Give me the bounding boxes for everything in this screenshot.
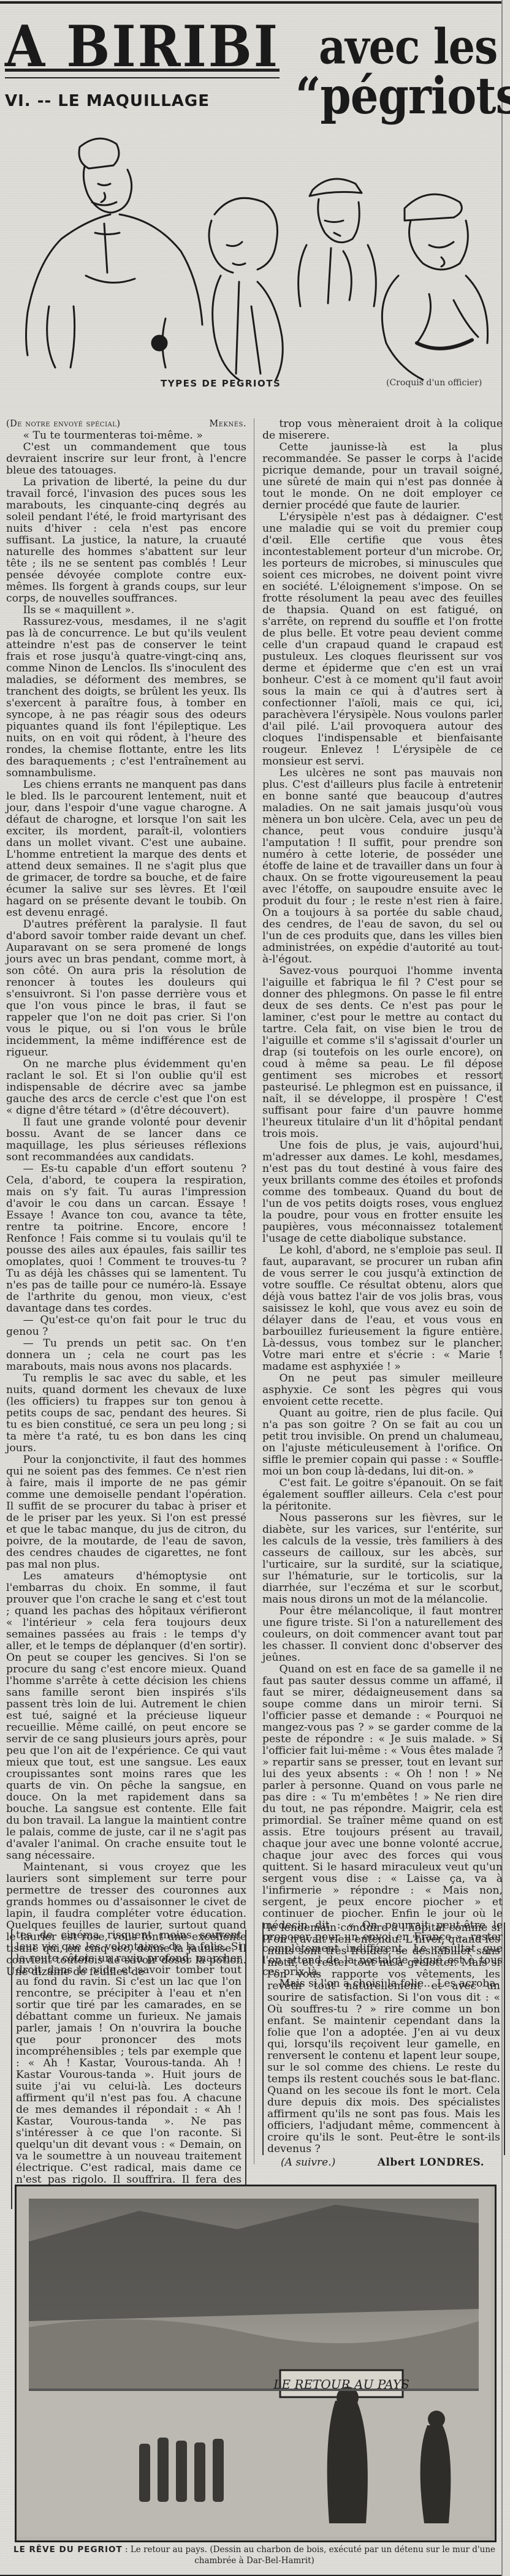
left-column-paragraphs: « Tu te tourmenteras toi-même. »C'est un…	[6, 430, 246, 1978]
continuation-box-left: tes de cinéma risquent moins souvent leu…	[11, 1930, 246, 2209]
paragraph: Il faut une grande volonté pour devenir …	[6, 1117, 246, 1163]
paragraph: Le kohl, d'abord, ne s'emploie pas seul.…	[262, 1245, 503, 1373]
paragraph: — Tu prends un petit sac. On t'en donner…	[6, 1338, 246, 1373]
paragraph: Une fois de plus, je vais, aujourd'hui, …	[262, 1140, 503, 1245]
continuation-box-right: le lendemain conduire à l'hôpital comme …	[262, 1922, 505, 2155]
paragraph: L'érysipèle n'est pas à dédaigner. C'est…	[262, 512, 503, 768]
article-column-right: trop vous mèneraient droit à la colique …	[262, 418, 503, 1990]
paragraph: Cette jaunisse-là est la plus recommandé…	[262, 442, 503, 512]
paragraph: Pour la conjonctivite, il faut des homme…	[6, 1454, 246, 1571]
paragraph: Quant au goitre, rien de plus facile. Qu…	[262, 1408, 503, 1478]
right-column-paragraphs: trop vous mèneraient droit à la colique …	[262, 418, 503, 1990]
paragraph: Rassurez-vous, mesdames, il ne s'agit pa…	[6, 616, 246, 779]
headline-rule	[5, 69, 280, 78]
column-divider	[254, 418, 254, 2164]
top-rule	[0, 1, 501, 4]
paragraph: On ne marche plus évidemment qu'en racla…	[6, 1059, 246, 1117]
paragraph: Les ulcères ne sont pas mauvais non plus…	[262, 768, 503, 965]
paragraph: D'autres préfèrent la paralysie. Il faut…	[6, 919, 246, 1059]
photo-caption: LE RÊVE DU PEGRIOT : Le retour au pays. …	[12, 2544, 497, 2566]
paragraph: C'est un commandement que tous devraient…	[6, 442, 246, 477]
box-right-paragraphs: le lendemain conduire à l'hôpital comme …	[264, 1922, 504, 2155]
author-name: Albert LONDRES.	[378, 2156, 484, 2169]
paragraph: Ils se « maquillent ».	[6, 605, 246, 616]
paragraph: La privation de liberté, la peine du dur…	[6, 477, 246, 605]
illustration-caption: TYPES DE PEGRIOTS	[161, 378, 281, 389]
paragraph: Les chiens errants ne manquent pas dans …	[6, 779, 246, 919]
illustration-credit: (Croquis d'un officier)	[386, 378, 482, 388]
subhead: VI. -- LE MAQUILLAGE	[5, 92, 210, 110]
dateline-source: (De notre envoyé spécial)	[6, 419, 121, 429]
dateline-place: Meknès.	[209, 418, 246, 430]
paragraph: — Es-tu capable d'un effort soutenu ? Ce…	[6, 1163, 246, 1315]
paragraph: Les amateurs d'hémoptysie ont l'embarras…	[6, 1571, 246, 1862]
paragraph: trop vous mèneraient droit à la colique …	[262, 418, 503, 442]
paragraph: — Qu'est-ce qu'on fait pour le truc du g…	[6, 1315, 246, 1338]
photo-caption-text: : Le retour au pays. (Dessin au charbon …	[123, 2545, 495, 2566]
paragraph: « Tu te tourmenteras toi-même. »	[6, 430, 246, 442]
paragraph: C'est fait. Le goitre s'épanouit. On se …	[262, 1478, 503, 1513]
headline-side-line1: avec les	[319, 23, 497, 71]
headline-main: A BIRIBI	[5, 18, 280, 75]
paragraph: Savez-vous pourquoi l'homme inventa l'ai…	[262, 965, 503, 1140]
paragraph: Pour être mélancolique, il faut montrer …	[262, 1606, 503, 1664]
to-be-continued: (A suivre.)	[281, 2156, 335, 2169]
photo-caption-title: LE RÊVE DU PEGRIOT	[13, 2545, 123, 2555]
newspaper-page: A BIRIBI avec les “pégriots” VI. -- LE M…	[0, 0, 510, 2576]
article-column-left: (De notre envoyé spécial) Meknès. « Tu t…	[6, 418, 246, 1978]
headline-side-line2: “pégriots”	[295, 70, 510, 121]
pegriots-sketch-illustration	[12, 123, 497, 392]
box-left-text: tes de cinéma risquent moins souvent leu…	[16, 1930, 242, 2209]
signature-line: (A suivre.) Albert LONDRES.	[262, 2156, 503, 2169]
paragraph: Nous passerons sur les fièvres, sur le d…	[262, 1513, 503, 1606]
paragraph: On ne peut pas simuler meilleure asphyxi…	[262, 1373, 503, 1408]
charcoal-drawing-photo: LE RETOUR AU PAYS	[15, 2185, 497, 2542]
dateline: (De notre envoyé spécial) Meknès.	[6, 418, 246, 430]
wall-drawing-image: LE RETOUR AU PAYS	[17, 2186, 491, 2537]
paragraph: Tu remplis le sac avec du sable, et les …	[6, 1373, 246, 1454]
paragraph: le lendemain conduire à l'hôpital comme …	[267, 1922, 500, 2155]
